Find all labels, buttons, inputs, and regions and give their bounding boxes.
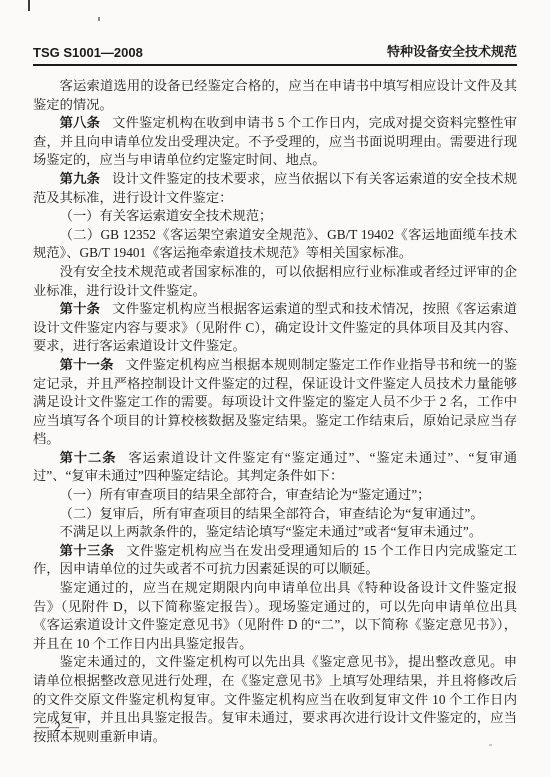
paragraph: （一）所有审查项目的结果全部符合，审查结论为“鉴定通过”； [33,486,517,505]
scan-artifact [98,17,100,21]
article-number: 第九条 [60,171,101,186]
document-code: TSG S1001—2008 [33,45,143,60]
header-rule [33,64,517,66]
page-header: TSG S1001—2008 特种设备安全技术规范 [33,41,517,64]
page-footer: — 2 — [36,719,80,735]
paragraph: 第十一条文件鉴定机构应当根据本规则制定鉴定工作作业指导书和统一的鉴定记录，并且严… [33,356,517,449]
paragraph: 第九条设计文件鉴定的技术要求，应当依据以下有关客运索道的安全技术规范及其标准，进… [33,170,517,207]
article-number: 第八条 [60,115,101,130]
paragraph: （二）GB 12352《客运架空索道安全规范》、GB/T 19402《客运地面缆… [33,226,517,263]
paragraph: 第十条文件鉴定机构应当根据客运索道的型式和技术情况，按照《客运索道设计文件鉴定内… [33,300,517,356]
document-body: 客运索道选用的设备已经鉴定合格的，应当在申请书中填写相应设计文件及其鉴定的情况。… [33,77,517,746]
article-number: 第十条 [60,301,101,316]
paragraph: （一）有关客运索道安全技术规范； [33,207,517,226]
page-number: — 2 — [36,719,80,734]
document-page: TSG S1001—2008 特种设备安全技术规范 客运索道选用的设备已经鉴定合… [0,0,550,777]
paragraph: （二）复审后，所有审查项目的结果全部符合，审查结论为“复审通过”。 [33,505,517,524]
paragraph: 不满足以上两款条件的，鉴定结论填写“鉴定未通过”或者“复审未通过”。 [33,523,517,542]
paragraph: 没有安全技术规范或者国家标准的，可以依据相应行业标准或者经过评审的企业标准，进行… [33,263,517,300]
paragraph: 第十三条文件鉴定机构应当在发出受理通知后的 15 个工作日内完成鉴定工作，因申请… [33,542,517,579]
article-number: 第十三条 [60,543,115,558]
paragraph: 第八条文件鉴定机构在收到申请书 5 个工作日内，完成对提交资料完整性审查，并且向… [33,114,517,170]
article-number: 第十二条 [60,450,117,465]
page-content: TSG S1001—2008 特种设备安全技术规范 客运索道选用的设备已经鉴定合… [33,41,517,746]
article-number: 第十一条 [60,357,114,372]
document-title: 特种设备安全技术规范 [387,41,517,60]
paragraph: 第十二条客运索道设计文件鉴定有“鉴定通过”、“鉴定未通过”、“复审通过”、“复审… [33,449,517,486]
paragraph: 客运索道选用的设备已经鉴定合格的，应当在申请书中填写相应设计文件及其鉴定的情况。 [33,77,517,114]
scan-artifact [28,0,30,11]
paragraph: 鉴定未通过的，文件鉴定机构可以先出具《鉴定意见书》，提出整改意见。申请单位根据整… [33,653,517,746]
paragraph: 鉴定通过的，应当在规定期限内向申请单位出具《特种设备设计文件鉴定报告》（见附件 … [33,579,517,653]
